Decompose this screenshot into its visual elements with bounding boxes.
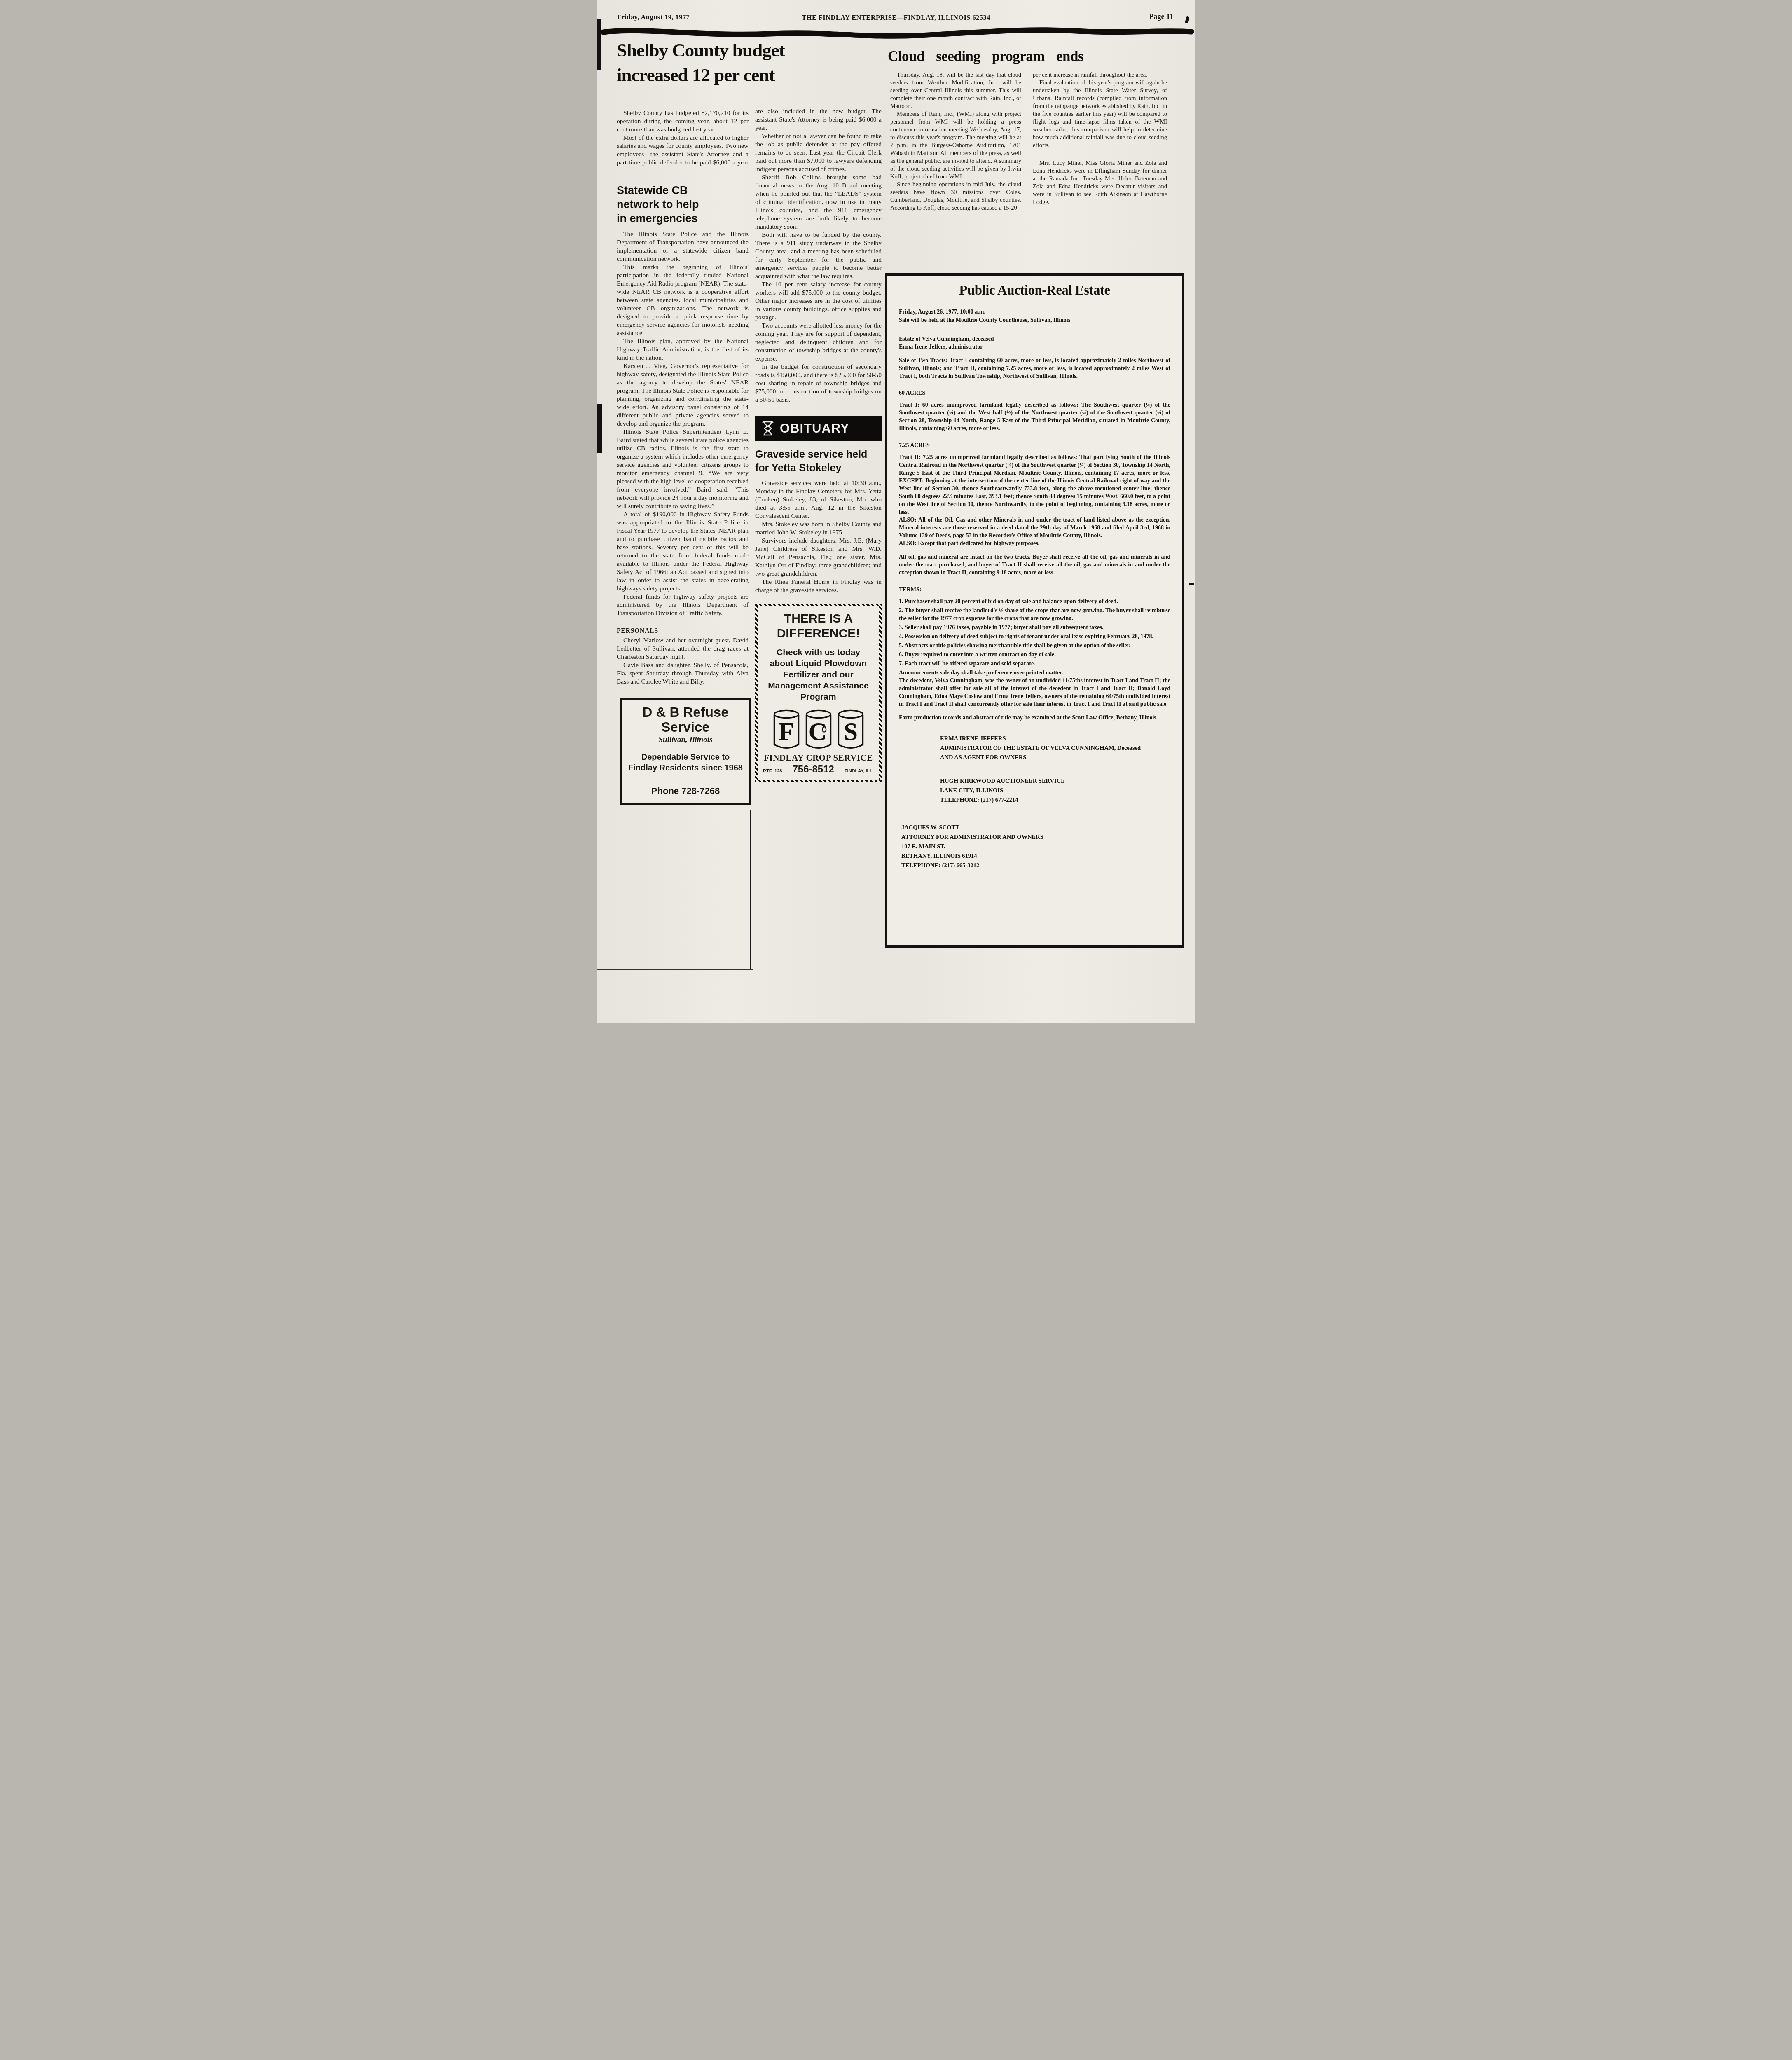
signature-line: LAKE CITY, ILLINOIS	[940, 786, 1170, 796]
article-paragraph: In the budget for construction of second…	[755, 363, 882, 404]
article-paragraph: Illinois State Police Superintendent Lyn…	[617, 428, 749, 510]
personals-heading: PERSONALS	[617, 627, 749, 635]
auction-tract2-heading: 7.25 ACRES	[899, 442, 1170, 449]
obituary-paragraph: The Rhea Funeral Home in Findlay was in …	[755, 578, 882, 595]
auction-records-paragraph: Farm production records and abstract of …	[899, 714, 1170, 722]
signature-line: HUGH KIRKWOOD AUCTIONEER SERVICE	[940, 777, 1170, 786]
cb-article-headline: Statewide CB network to help in emergenc…	[617, 183, 749, 225]
auction-tract1-description: Tract I: 60 acres unimproved farmland le…	[899, 401, 1170, 433]
fertilizer-cans-icon: F C S	[762, 709, 875, 750]
article-paragraph: Final evaluation of this year's program …	[1033, 79, 1167, 150]
auction-term: 6. Buyer required to enter into a writte…	[899, 651, 1170, 659]
signature-line: 107 E. MAIN ST.	[901, 842, 1170, 852]
fcs-ad: THERE IS A DIFFERENCE! Check with us tod…	[755, 604, 882, 782]
column-2: are also included in the new budget. The…	[755, 108, 882, 782]
auction-signature-administrator: ERMA IRENE JEFFERS ADMINISTRATOR OF THE …	[940, 734, 1170, 763]
signature-line: TELEPHONE: (217) 665-3212	[901, 861, 1170, 871]
article-paragraph: are also included in the new budget. The…	[755, 108, 882, 132]
obituary-headline-line: for Yetta Stokeley	[755, 461, 882, 475]
column-1: Shelby County has budgeted $2,170,210 fo…	[617, 109, 749, 805]
scan-artifact	[597, 404, 602, 453]
signature-line: ADMINISTRATOR OF THE ESTATE OF VELVA CUN…	[940, 744, 1170, 753]
obituary-banner-label: OBITUARY	[780, 421, 849, 436]
auction-title: Public Auction-Real Estate	[899, 283, 1170, 298]
article-paragraph: Most of the extra dollars are allocated …	[617, 134, 749, 175]
fcs-ad-phone: 756-8512	[792, 764, 834, 775]
auction-term: 2. The buyer shall receive the landlord'…	[899, 607, 1170, 623]
hourglass-icon	[761, 420, 775, 437]
auction-term: 7. Each tract will be offered separate a…	[899, 660, 1170, 668]
auction-signature-attorney: JACQUES W. SCOTT ATTORNEY FOR ADMINISTRA…	[901, 823, 1170, 871]
budget-headline-line2: increased 12 per cent	[617, 63, 884, 87]
cloud-headline: Cloud seeding program ends	[888, 48, 1176, 65]
svg-text:F: F	[779, 718, 794, 746]
article-paragraph: The Illinois State Police and the Illino…	[617, 230, 749, 263]
signature-line: JACQUES W. SCOTT	[901, 823, 1170, 833]
auction-tract2-description: Tract II: 7.25 acres unimproved farmland…	[899, 454, 1170, 516]
obituary-paragraph: Graveside services were held at 10:30 a.…	[755, 479, 882, 520]
auction-signature-auctioneer: HUGH KIRKWOOD AUCTIONEER SERVICE LAKE CI…	[940, 777, 1170, 805]
column-rule	[750, 810, 751, 970]
auction-terms-heading: TERMS:	[899, 586, 1170, 594]
cb-headline-line: network to help	[617, 197, 749, 211]
column-3: Thursday, Aug. 18, will be the last day …	[890, 71, 1021, 212]
article-paragraph: Shelby County has budgeted $2,170,210 fo…	[617, 109, 749, 134]
auction-also-highway: ALSO: Except that part dedicated for hig…	[899, 540, 1170, 548]
personals-paragraph: Gayle Bass and daughter, Shelly, of Pens…	[617, 661, 749, 686]
signature-line: AND AS AGENT FOR OWNERS	[940, 753, 1170, 763]
budget-headline-line1: Shelby County budget	[617, 38, 884, 63]
newspaper-page: Friday, August 19, 1977 THE FINDLAY ENTE…	[597, 0, 1195, 1023]
auction-announcement: Announcements sale day shall take prefer…	[899, 669, 1170, 677]
article-paragraph: Whether or not a lawyer can be found to …	[755, 132, 882, 173]
auction-tract1-heading: 60 ACRES	[899, 389, 1170, 397]
auction-oil-gas: All oil, gas and mineral are intact on t…	[899, 553, 1170, 577]
auction-estate: Estate of Velva Cunningham, deceased	[899, 335, 1170, 343]
auction-sale-intro: Sale of Two Tracts: Tract I containing 6…	[899, 357, 1170, 380]
page-number: Page 11	[1149, 12, 1174, 21]
article-paragraph: This marks the beginning of Illinois' pa…	[617, 263, 749, 337]
article-paragraph: per cent increase in rainfall throughout…	[1033, 71, 1167, 79]
obituary-paragraph: Mrs. Stokeley was born in Shelby County …	[755, 520, 882, 537]
article-paragraph: Karsten J. Vieg, Governor's representati…	[617, 362, 749, 428]
obituary-paragraph: Survivors include daughters, Mrs. J.E. (…	[755, 537, 882, 578]
dnb-ad-name: Service	[627, 720, 744, 735]
fcs-ad-route: RTE. 128	[763, 769, 782, 774]
dnb-ad-phone: Phone 728-7268	[627, 786, 744, 796]
svg-text:S: S	[843, 718, 857, 746]
article-paragraph: Sheriff Bob Collins brought some bad fin…	[755, 173, 882, 231]
scan-artifact	[1189, 583, 1194, 585]
article-paragraph: Members of Rain, Inc., (WMI) along with …	[890, 110, 1021, 181]
dnb-ad-body: Dependable Service to Findlay Residents …	[628, 752, 743, 773]
signature-line: ERMA IRENE JEFFERS	[940, 734, 1170, 744]
dnb-ad-city: Sullivan, Illinois	[627, 735, 744, 744]
page-header: Friday, August 19, 1977 THE FINDLAY ENTE…	[597, 11, 1195, 26]
public-auction-notice: Public Auction-Real Estate Friday, Augus…	[885, 273, 1184, 948]
fcs-ad-footer: RTE. 128 756-8512 FINDLAY, ILL.	[762, 764, 875, 775]
article-paragraph: The 10 per cent salary increase for coun…	[755, 281, 882, 322]
obituary-headline-line: Graveside service held	[755, 448, 882, 461]
fcs-ad-body: Check with us today about Liquid Plowdow…	[765, 647, 872, 702]
can-s-icon: S	[836, 709, 866, 750]
fcs-ad-headline: THERE IS A	[762, 611, 875, 626]
budget-headline: Shelby County budget increased 12 per ce…	[617, 38, 884, 87]
masthead: THE FINDLAY ENTERPRISE—FINDLAY, ILLINOIS…	[597, 14, 1195, 22]
can-f-icon: F	[772, 709, 801, 750]
article-paragraph: Both will have to be funded by the count…	[755, 231, 882, 281]
social-notes-paragraph: Mrs. Lucy Miner, Miss Gloria Miner and Z…	[1033, 159, 1167, 206]
column-4: per cent increase in rainfall throughout…	[1033, 71, 1167, 206]
auction-term: 5. Abstracts or title policies showing m…	[899, 642, 1170, 650]
auction-also-minerals: ALSO: All of the Oil, Gas and other Mine…	[899, 516, 1170, 540]
dnb-ad-name: D & B Refuse	[627, 705, 744, 720]
personals-paragraph: Cheryl Marlow and her overnight guest, D…	[617, 637, 749, 661]
auction-term: 1. Purchaser shall pay 20 percent of bid…	[899, 598, 1170, 606]
auction-term: 4. Possession on delivery of deed subjec…	[899, 633, 1170, 641]
article-paragraph: Federal funds for highway safety project…	[617, 593, 749, 618]
fcs-ad-headline: DIFFERENCE!	[762, 626, 875, 641]
obituary-headline: Graveside service held for Yetta Stokele…	[755, 448, 882, 475]
article-paragraph: A total of $190,000 in Highway Safety Fu…	[617, 510, 749, 593]
auction-term: 3. Seller shall pay 1976 taxes, payable …	[899, 624, 1170, 632]
signature-line: BETHANY, ILLINOIS 61914	[901, 852, 1170, 861]
cb-headline-line: in emergencies	[617, 211, 749, 225]
auction-decedent-paragraph: The decedent, Velva Cunningham, was the …	[899, 677, 1170, 708]
trim-rule	[597, 969, 753, 970]
dnb-refuse-ad: D & B Refuse Service Sullivan, Illinois …	[620, 698, 751, 805]
auction-date: Friday, August 26, 1977, 10:00 a.m.	[899, 308, 1170, 316]
article-paragraph: The Illinois plan, approved by the Natio…	[617, 337, 749, 362]
signature-line: TELEPHONE: (217) 677-2214	[940, 796, 1170, 805]
auction-administrator: Erma Irene Jeffers, administrator	[899, 343, 1170, 351]
auction-location: Sale will be held at the Moultrie County…	[899, 316, 1170, 325]
article-paragraph: Since beginning operations in mid-July, …	[890, 181, 1021, 212]
obituary-banner: OBITUARY	[755, 416, 882, 441]
cb-headline-line: Statewide CB	[617, 183, 749, 197]
fcs-ad-company: FINDLAY CROP SERVICE	[762, 753, 875, 763]
article-paragraph: Thursday, Aug. 18, will be the last day …	[890, 71, 1021, 110]
can-c-icon: C	[804, 709, 833, 750]
ink-roller-rule	[597, 26, 1195, 40]
fcs-ad-city: FINDLAY, ILL.	[845, 769, 874, 774]
signature-line: ATTORNEY FOR ADMINISTRATOR AND OWNERS	[901, 833, 1170, 842]
article-paragraph: Two accounts were allotted less money fo…	[755, 322, 882, 363]
